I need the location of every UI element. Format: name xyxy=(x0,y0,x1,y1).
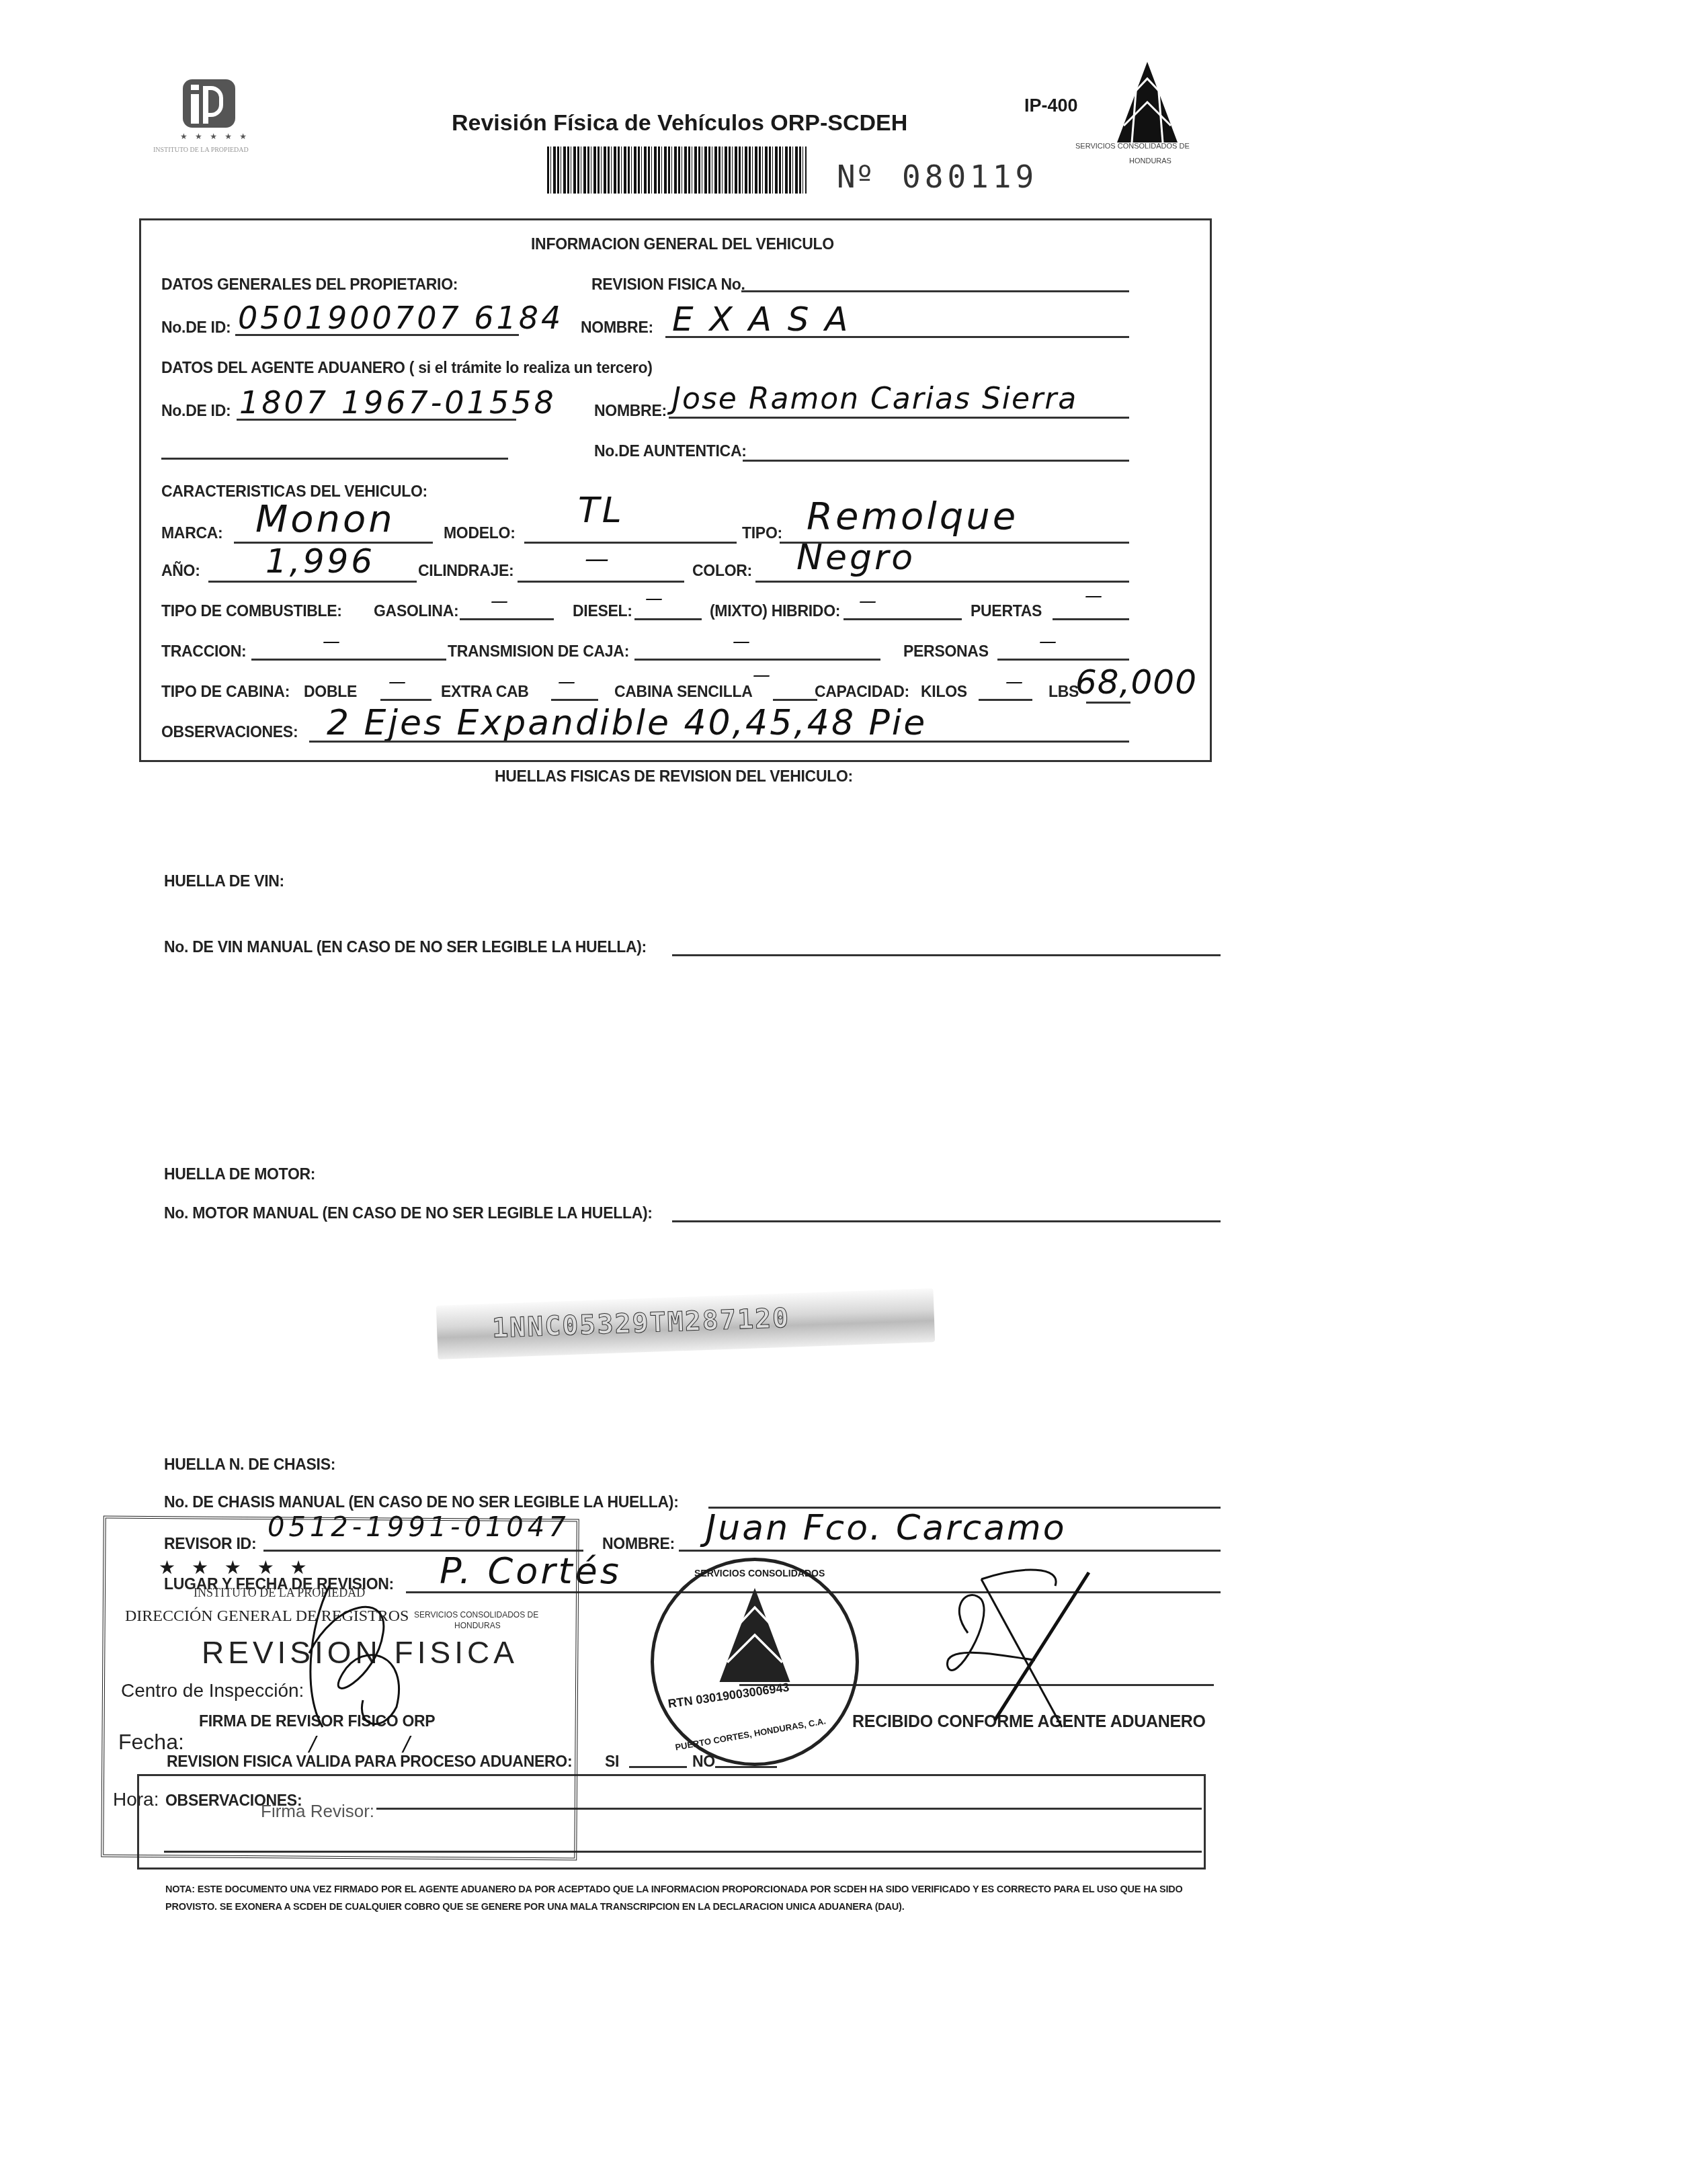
extracab-underline xyxy=(551,699,598,701)
modelo-label: MODELO: xyxy=(444,524,516,542)
ip-logo-stars: ★ ★ ★ ★ ★ xyxy=(180,132,249,141)
stamp-scdeh-2: HONDURAS xyxy=(454,1621,501,1630)
cabina-label: TIPO DE CABINA: xyxy=(161,683,290,701)
scdeh-building-logo-icon xyxy=(1117,62,1178,142)
form-code: IP-400 xyxy=(1024,95,1078,116)
seal-building-icon xyxy=(714,1588,795,1682)
personas-value[interactable]: — xyxy=(1039,632,1059,652)
owner-id-label: No.DE ID: xyxy=(161,319,231,337)
sencilla-underline xyxy=(773,699,817,701)
seal-rtn: RTN 03019003006943 xyxy=(667,1680,790,1711)
motor-print-image: 1NNC05329TM287120 xyxy=(436,1288,935,1359)
serial-number-label: Nº xyxy=(837,159,874,195)
agent-name-value[interactable]: Jose Ramon Carias Sierra xyxy=(672,382,1077,416)
barcode-icon xyxy=(547,146,807,194)
scdeh-caption-1: SERVICIOS CONSOLIDADOS DE xyxy=(1075,142,1190,151)
diesel-label: DIESEL: xyxy=(573,602,632,620)
revision-no-label: REVISION FISICA No. xyxy=(591,276,745,294)
gasolina-label: GASOLINA: xyxy=(374,602,458,620)
puertas-label: PUERTAS xyxy=(971,602,1042,620)
transmision-value[interactable]: — xyxy=(733,632,753,652)
modelo-underline xyxy=(524,542,737,544)
combustible-label: TIPO DE COMBUSTIBLE: xyxy=(161,602,342,620)
owner-id-underline xyxy=(235,334,519,336)
diesel-underline xyxy=(634,618,702,620)
owner-id-value[interactable]: 0501900707 6184 xyxy=(238,300,563,336)
personas-label: PERSONAS xyxy=(903,642,989,661)
stamp-fecha-label: Fecha: xyxy=(118,1730,184,1755)
gasolina-value[interactable]: — xyxy=(491,591,511,612)
anio-value[interactable]: 1,996 xyxy=(265,542,375,581)
note-line-1: NOTA: ESTE DOCUMENTO UNA VEZ FIRMADO POR… xyxy=(165,1884,1183,1895)
seal-top-text: SERVICIOS CONSOLIDADOS xyxy=(694,1568,825,1579)
autentica-field[interactable] xyxy=(743,460,1129,462)
motor-manual-field[interactable] xyxy=(672,1220,1221,1222)
agent-name-underline xyxy=(669,417,1129,419)
agent-id-underline xyxy=(237,419,516,421)
revisor-signature-scribble-icon xyxy=(282,1572,430,1740)
autentica-label: No.DE AUNTENTICA: xyxy=(594,442,747,460)
revisor-name-value[interactable]: Juan Fco. Carcamo xyxy=(706,1508,1067,1548)
agent-id-label: No.DE ID: xyxy=(161,402,231,420)
owner-name-underline xyxy=(665,336,1129,338)
motor-label: HUELLA DE MOTOR: xyxy=(164,1165,315,1183)
hibrido-value[interactable]: — xyxy=(859,591,879,612)
modelo-value[interactable]: TL xyxy=(578,491,624,531)
no-field[interactable] xyxy=(715,1766,777,1768)
observaciones-underline xyxy=(309,741,1129,743)
seal-bottom-text: PUERTO CORTES, HONDURAS, C.A. xyxy=(674,1716,826,1752)
ip-logo-icon xyxy=(183,79,235,128)
traccion-label: TRACCION: xyxy=(161,642,246,661)
hibrido-label: (MIXTO) HIBRIDO: xyxy=(710,602,840,620)
cilindraje-value[interactable]: — xyxy=(585,546,612,573)
doble-label: DOBLE xyxy=(304,683,357,701)
traccion-value[interactable]: — xyxy=(323,632,343,652)
stamp-scdeh-1: SERVICIOS CONSOLIDADOS DE xyxy=(414,1610,538,1620)
observaciones-value[interactable]: 2 Ejes Expandible 40,45,48 Pie xyxy=(327,703,927,743)
motor-manual-label: No. MOTOR MANUAL (EN CASO DE NO SER LEGI… xyxy=(164,1204,653,1222)
sencilla-label: CABINA SENCILLA xyxy=(614,683,752,701)
section-title-prints: HUELLAS FISICAS DE REVISION DEL VEHICULO… xyxy=(495,767,853,786)
doble-value[interactable]: — xyxy=(388,672,409,692)
personas-underline xyxy=(997,659,1129,661)
color-underline xyxy=(755,581,1129,583)
marca-label: MARCA: xyxy=(161,524,222,542)
hibrido-underline xyxy=(843,618,962,620)
capacidad-label: CAPACIDAD: xyxy=(815,683,909,701)
si-label: SI xyxy=(605,1753,619,1771)
puertas-underline xyxy=(1053,618,1129,620)
kilos-value[interactable]: — xyxy=(1005,672,1026,692)
ip-logo-caption: INSTITUTO DE LA PROPIEDAD xyxy=(153,146,249,154)
section-title-general: INFORMACION GENERAL DEL VEHICULO xyxy=(531,235,834,253)
agent-heading: DATOS DEL AGENTE ADUANERO ( si el trámit… xyxy=(161,359,653,377)
kilos-underline xyxy=(979,699,1032,701)
owner-name-label: NOMBRE: xyxy=(581,319,653,337)
transmision-underline xyxy=(634,659,880,661)
stamp-firma-label: Firma Revisor: xyxy=(261,1801,374,1822)
tipo-label: TIPO: xyxy=(742,524,782,542)
stamp-hora-label: Hora: xyxy=(113,1789,159,1810)
vin-manual-field[interactable] xyxy=(672,954,1221,956)
tipo-value[interactable]: Remolque xyxy=(807,495,1018,538)
transmision-label: TRANSMISION DE CAJA: xyxy=(448,642,629,661)
observaciones-label: OBSERVACIONES: xyxy=(161,723,298,741)
anio-underline xyxy=(208,581,417,583)
diesel-value[interactable]: — xyxy=(645,589,665,609)
extracab-label: EXTRA CAB xyxy=(441,683,529,701)
agent-extra-field[interactable] xyxy=(161,458,508,460)
color-value[interactable]: Negro xyxy=(796,538,915,578)
revision-no-field[interactable] xyxy=(741,290,1129,292)
anio-label: AÑO: xyxy=(161,562,200,580)
chasis-label: HUELLA N. DE CHASIS: xyxy=(164,1456,335,1474)
extracab-value[interactable]: — xyxy=(558,672,578,692)
marca-value[interactable]: Monon xyxy=(255,497,395,541)
chasis-manual-label: No. DE CHASIS MANUAL (EN CASO DE NO SER … xyxy=(164,1493,679,1511)
cilindraje-underline xyxy=(518,581,684,583)
motor-print-text: 1NNC05329TM287120 xyxy=(491,1303,790,1344)
vin-manual-label: No. DE VIN MANUAL (EN CASO DE NO SER LEG… xyxy=(164,938,647,956)
sencilla-value[interactable]: — xyxy=(753,665,773,685)
kilos-label: KILOS xyxy=(921,683,967,701)
traccion-underline xyxy=(251,659,446,661)
cilindraje-label: CILINDRAJE: xyxy=(418,562,513,580)
agent-signature-scribble-icon xyxy=(941,1566,1129,1761)
revisor-name-underline xyxy=(679,1550,1221,1552)
stamp-centro-label: Centro de Inspección: xyxy=(121,1680,304,1702)
serial-number: 080119 xyxy=(902,159,1038,195)
scdeh-caption-2: HONDURAS xyxy=(1129,157,1171,165)
lbs-value[interactable]: 68,000 xyxy=(1075,663,1197,702)
lbs-underline xyxy=(1086,702,1130,704)
lbs-label: LBS xyxy=(1048,683,1079,701)
puertas-value[interactable]: — xyxy=(1085,586,1105,606)
vin-label: HUELLA DE VIN: xyxy=(164,872,284,890)
gasolina-underline xyxy=(460,618,554,620)
page-title: Revisión Física de Vehículos ORP-SCDEH xyxy=(452,110,907,136)
si-field[interactable] xyxy=(629,1766,687,1768)
round-seal: RTN 03019003006943 SERVICIOS CONSOLIDADO… xyxy=(651,1558,859,1766)
doble-underline xyxy=(380,699,431,701)
owner-name-value[interactable]: E X A S A xyxy=(672,300,851,339)
agent-name-label: NOMBRE: xyxy=(594,402,667,420)
agent-id-value[interactable]: 1807 1967-01558 xyxy=(239,384,557,421)
owner-heading: DATOS GENERALES DEL PROPIETARIO: xyxy=(161,276,458,294)
color-label: COLOR: xyxy=(692,562,752,580)
note-line-2: PROVISTO. SE EXONERA A SCDEH DE CUALQUIE… xyxy=(165,1902,905,1913)
